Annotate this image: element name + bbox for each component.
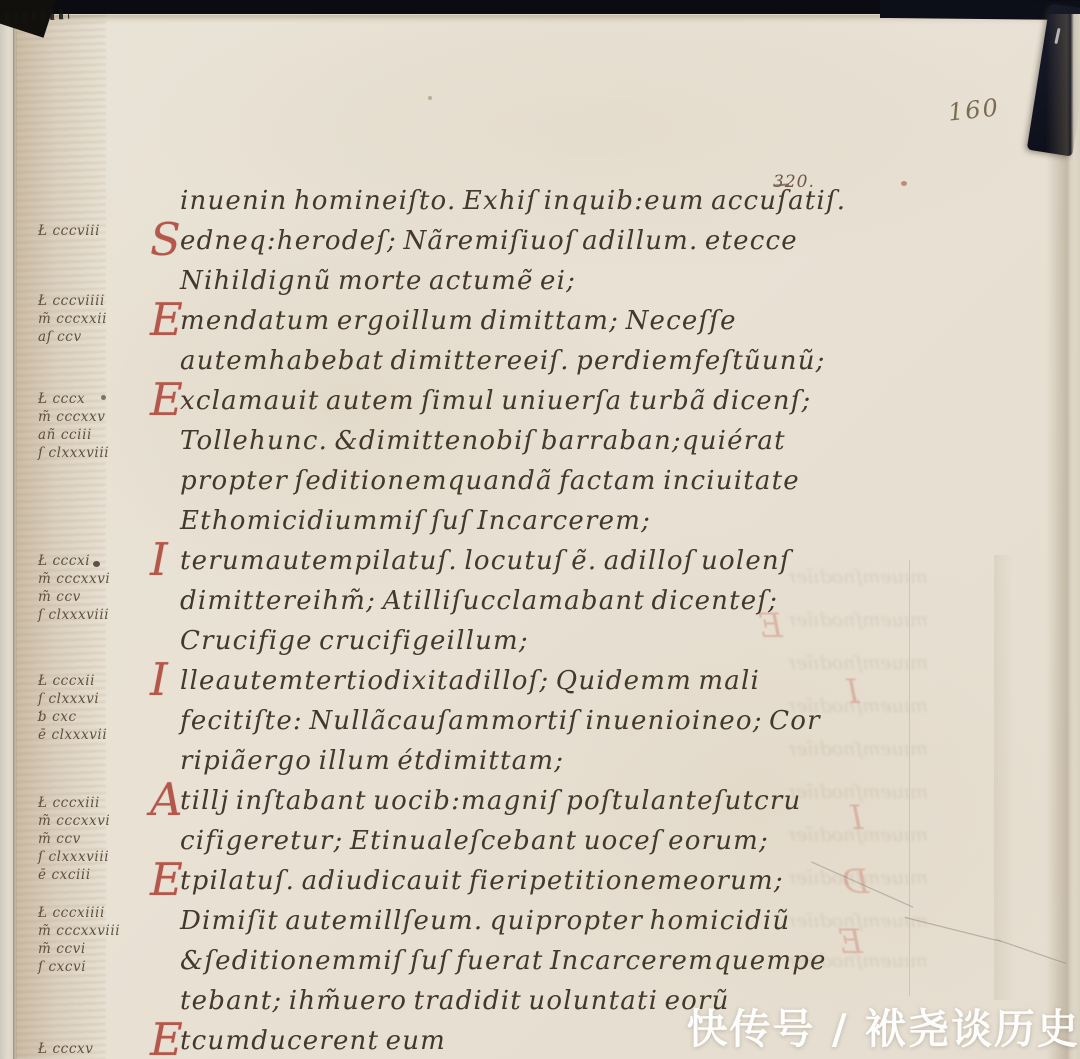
left-page-edge: [0, 0, 14, 1059]
margin-note: aſ ccv: [38, 328, 107, 346]
text-line: ripiãergo illum étdimittam;: [170, 746, 930, 786]
margin-note: m̃ ccv: [38, 588, 110, 606]
line-text: propter ſeditionemquandã factam inciuita…: [180, 466, 800, 496]
text-line: Ethomicidiummiſ ſuſ Incarcerem;: [170, 506, 930, 546]
right-page-edge: [1046, 14, 1080, 1059]
margin-note: ſ clxxxvi: [38, 690, 107, 708]
line-text: tcumducerent eum: [180, 1026, 446, 1056]
line-text: ripiãergo illum étdimittam;: [180, 746, 564, 776]
canon-note-group: Ł cccviiii m̃ cccxxii aſ ccv: [38, 292, 107, 346]
text-line: Illeautemtertiodixitadilloſ; Quidemm mal…: [170, 666, 930, 706]
margin-note: m̃ ccv: [38, 830, 110, 848]
line-text: terumautempilatuſ. locutuſ ẽ. adilloſ uo…: [180, 546, 791, 576]
margin-note: m̃ cccxxviii: [38, 922, 120, 940]
line-text: dimittereihm̃; Atilliſucclamabant dicent…: [180, 586, 778, 616]
watermark-text: 快传号 / 袱尧谈历史: [686, 996, 1080, 1055]
manuscript-photo: mıuemſnodıĩeruſmaunt mıuemſnodıĩeruſmaun…: [0, 0, 1080, 1059]
margin-note: ſ cxcvi: [38, 958, 120, 976]
margin-note: Ł cccx: [38, 390, 109, 408]
text-line: Tollehunc. &dimittenobiſ barraban;quiéra…: [170, 426, 930, 466]
text-line: Atillj inſtabant uocib:magniſ poſtulante…: [170, 786, 930, 826]
folio-number: 160: [947, 93, 1001, 126]
canon-note-group: Ł cccxiii m̃ cccxxvi m̃ ccv ſ clxxxviii …: [38, 794, 110, 884]
margin-note: m̃ cccxxv: [38, 408, 109, 426]
canon-note-group: Ł cccxiiii m̃ cccxxviii m̃ ccvi ſ cxcvi: [38, 904, 120, 976]
margin-note: ē clxxxvii: [38, 726, 107, 744]
text-line: &ſeditionemmiſ ſuſ fuerat Incarceremquem…: [170, 946, 930, 986]
margin-note: m̃ cccxxvi: [38, 812, 110, 830]
text-line: Emendatum ergoillum dimittam; Neceſſe: [170, 306, 930, 346]
line-text: xclamauit autem ſimul uniuerſa turbã dic…: [180, 386, 812, 416]
line-text: edneq:herodeſ; Nãremiſiuoſ adillum. etec…: [180, 226, 798, 256]
margin-note: Ł cccxii: [38, 672, 107, 690]
line-text: &ſeditionemmiſ ſuſ fuerat Incarceremquem…: [180, 946, 827, 976]
margin-note: Ł cccxiii: [38, 794, 110, 812]
text-line: Crucifige crucifigeillum;: [170, 626, 930, 666]
line-text: tpilatuſ. adiudicauit fieripetitionemeor…: [180, 866, 784, 896]
margin-note: Ł cccxv: [38, 1040, 93, 1058]
line-text: Tollehunc. &dimittenobiſ barraban;quiéra…: [180, 426, 786, 456]
margin-note: ſ clxxxviii: [38, 848, 110, 866]
margin-note: añ cciii: [38, 426, 109, 444]
text-block: inuenin homineiſto. Exhiſ inquib:eum acc…: [170, 186, 930, 1059]
text-line: propter ſeditionemquandã factam inciuita…: [170, 466, 930, 506]
canon-note-group: Ł cccxi m̃ cccxxvi m̃ ccv ſ clxxxviii: [38, 552, 110, 624]
text-line: Etpilatuſ. adiudicauit fieripetitionemeo…: [170, 866, 930, 906]
line-text: tebant; ihm̃uero tradidit uoluntati eorũ: [180, 986, 730, 1016]
margin-note: ſ clxxxviii: [38, 444, 109, 462]
canon-note-group: Ł cccx m̃ cccxxv añ cciii ſ clxxxviii: [38, 390, 109, 462]
line-text: autemhabebat dimittereeiſ. perdiemfeſtũu…: [180, 346, 826, 376]
canon-note-group: Ł cccxii ſ clxxxvi ƅ cxc ē clxxxvii: [38, 672, 107, 744]
gutter-stain: [16, 10, 106, 1059]
canon-note-group: Ł cccxv: [38, 1040, 93, 1058]
line-text: Dimiſit autemillſeum. quipropter homicid…: [180, 906, 790, 936]
margin-note: Ł cccviiii: [38, 292, 107, 310]
line-text: Ethomicidiummiſ ſuſ Incarcerem;: [180, 506, 651, 536]
line-text: Crucifige crucifigeillum;: [180, 626, 529, 656]
line-text: inuenin homineiſto. Exhiſ inquib:eum acc…: [180, 186, 846, 216]
margin-note: ē cxciii: [38, 866, 110, 884]
text-line: Nihildignũ morte actumẽ ei;: [170, 266, 930, 306]
line-text: cifigeretur; Etinualeſcebant uoceſ eorum…: [180, 826, 769, 856]
line-text: mendatum ergoillum dimittam; Neceſſe: [180, 306, 737, 336]
text-line: inuenin homineiſto. Exhiſ inquib:eum acc…: [170, 186, 930, 226]
margin-note: m̃ cccxxii: [38, 310, 107, 328]
text-line: Iterumautempilatuſ. locutuſ ẽ. adilloſ u…: [170, 546, 930, 586]
text-line: fecitiſte: Nullãcauſammortiſ inuenioineo…: [170, 706, 930, 746]
margin-note: m̃ cccxxvi: [38, 570, 110, 588]
margin-note: m̃ ccvi: [38, 940, 120, 958]
text-line: Sedneq:herodeſ; Nãremiſiuoſ adillum. ete…: [170, 226, 930, 266]
text-line: Exclamauit autem ſimul uniuerſa turbã di…: [170, 386, 930, 426]
line-text: tillj inſtabant uocib:magniſ poſtulanteſ…: [180, 786, 801, 816]
bleedthrough-band: [994, 555, 1014, 1000]
line-text: lleautemtertiodixitadilloſ; Quidemm mali: [180, 666, 760, 696]
canon-note-group: Ł cccviii: [38, 222, 100, 240]
text-line: dimittereihm̃; Atilliſucclamabant dicent…: [170, 586, 930, 626]
line-text: Nihildignũ morte actumẽ ei;: [180, 266, 576, 296]
margin-note: ƅ cxc: [38, 708, 107, 726]
text-line: cifigeretur; Etinualeſcebant uoceſ eorum…: [170, 826, 930, 866]
margin-note: Ł cccxiiii: [38, 904, 120, 922]
ink-speck: [428, 96, 432, 100]
line-text: fecitiſte: Nullãcauſammortiſ inuenioineo…: [180, 706, 821, 736]
margin-note: Ł cccviii: [38, 222, 100, 240]
margin-note: Ł cccxi: [38, 552, 110, 570]
margin-note: ſ clxxxviii: [38, 606, 110, 624]
text-line: Dimiſit autemillſeum. quipropter homicid…: [170, 906, 930, 946]
text-line: autemhabebat dimittereeiſ. perdiemfeſtũu…: [170, 346, 930, 386]
